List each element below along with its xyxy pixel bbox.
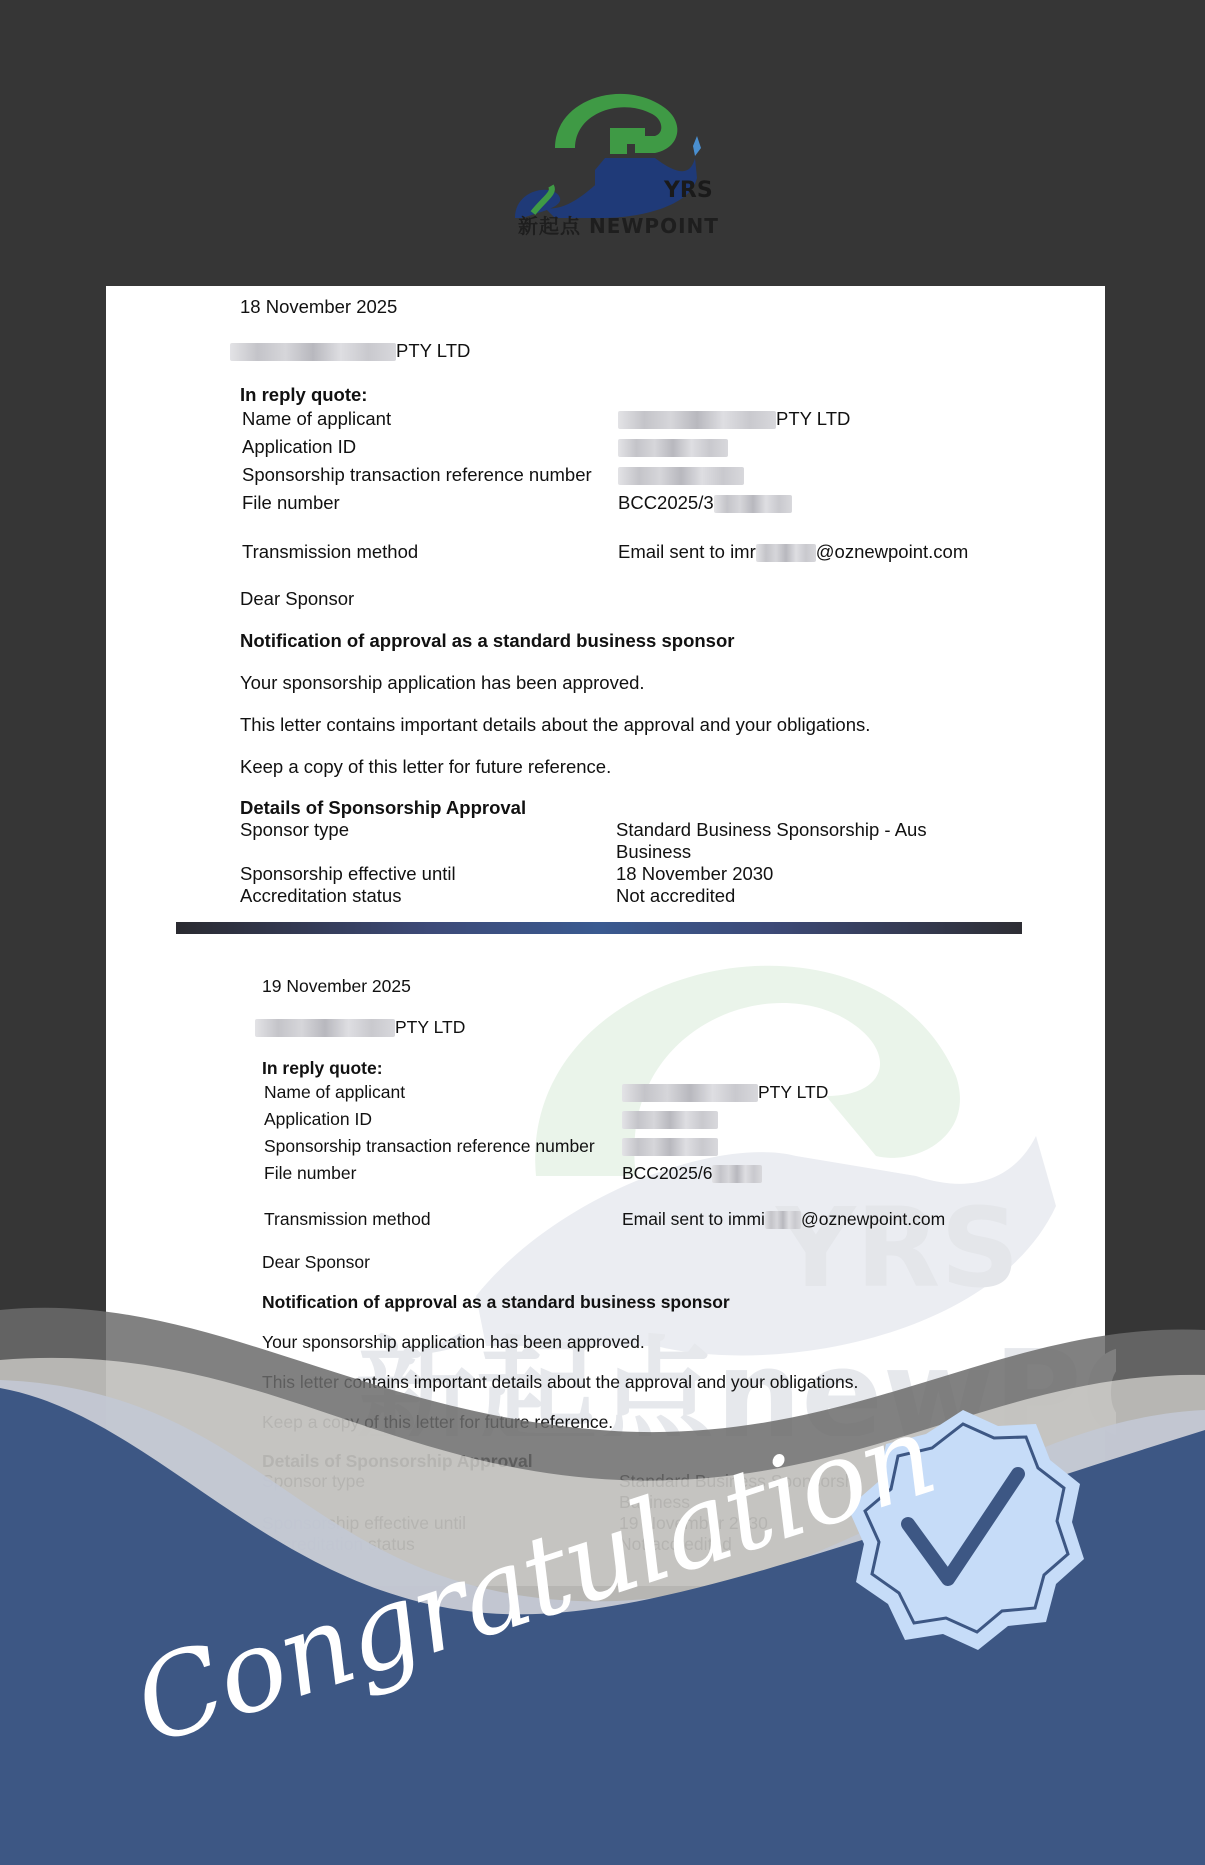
field-value-redacted [622, 1136, 718, 1157]
logo-wordmark: 新起点 NEWPOINT [518, 210, 719, 239]
field-label: File number [264, 1163, 356, 1184]
reply-heading: In reply quote: [240, 384, 367, 406]
letter-separator [176, 922, 1022, 934]
redacted-block [230, 343, 396, 361]
addressee: PTY LTD [255, 1017, 465, 1038]
field-label: Sponsorship transaction reference number [242, 464, 592, 486]
field-label: Sponsorship transaction reference number [264, 1136, 595, 1157]
subject-heading: Notification of approval as a standard b… [240, 630, 734, 652]
letter-date: 19 November 2025 [262, 976, 411, 997]
salutation: Dear Sponsor [240, 588, 354, 610]
paragraph: Keep a copy of this letter for future re… [240, 756, 611, 778]
detail-label: Accreditation status [240, 885, 401, 907]
detail-value: Not accredited [616, 885, 735, 907]
detail-label: Sponsorship effective until [240, 863, 456, 885]
file-number: BCC2025/6 [622, 1163, 762, 1184]
field-label: Name of applicant [264, 1082, 405, 1103]
field-value: PTY LTD [622, 1082, 828, 1103]
paragraph: This letter contains important details a… [240, 714, 870, 736]
letter-date: 18 November 2025 [240, 296, 397, 318]
field-label: Application ID [242, 436, 356, 458]
detail-value: Standard Business Sponsorship - Aus [616, 819, 927, 841]
reply-heading: In reply quote: [262, 1058, 383, 1079]
details-heading: Details of Sponsorship Approval [240, 797, 526, 819]
detail-label: Sponsor type [240, 819, 349, 841]
detail-value-cont: Business [616, 841, 691, 863]
paragraph: Your sponsorship application has been ap… [240, 672, 645, 694]
logo-yrs: YRS [664, 178, 713, 203]
field-label: Name of applicant [242, 408, 391, 430]
transmission-label: Transmission method [242, 541, 418, 563]
field-value-redacted [618, 464, 744, 486]
transmission-value: Email sent to imr@oznewpoint.com [618, 541, 968, 563]
detail-value: 18 November 2030 [616, 863, 773, 885]
addressee: PTY LTD [230, 340, 470, 362]
field-label: Application ID [264, 1109, 372, 1130]
transmission-label: Transmission method [264, 1209, 431, 1230]
field-value: PTY LTD [618, 408, 850, 430]
field-value-redacted [618, 436, 728, 458]
field-label: File number [242, 492, 340, 514]
transmission-value: Email sent to immi@oznewpoint.com [622, 1209, 945, 1230]
field-value-redacted [622, 1109, 718, 1130]
file-number: BCC2025/3 [618, 492, 792, 514]
